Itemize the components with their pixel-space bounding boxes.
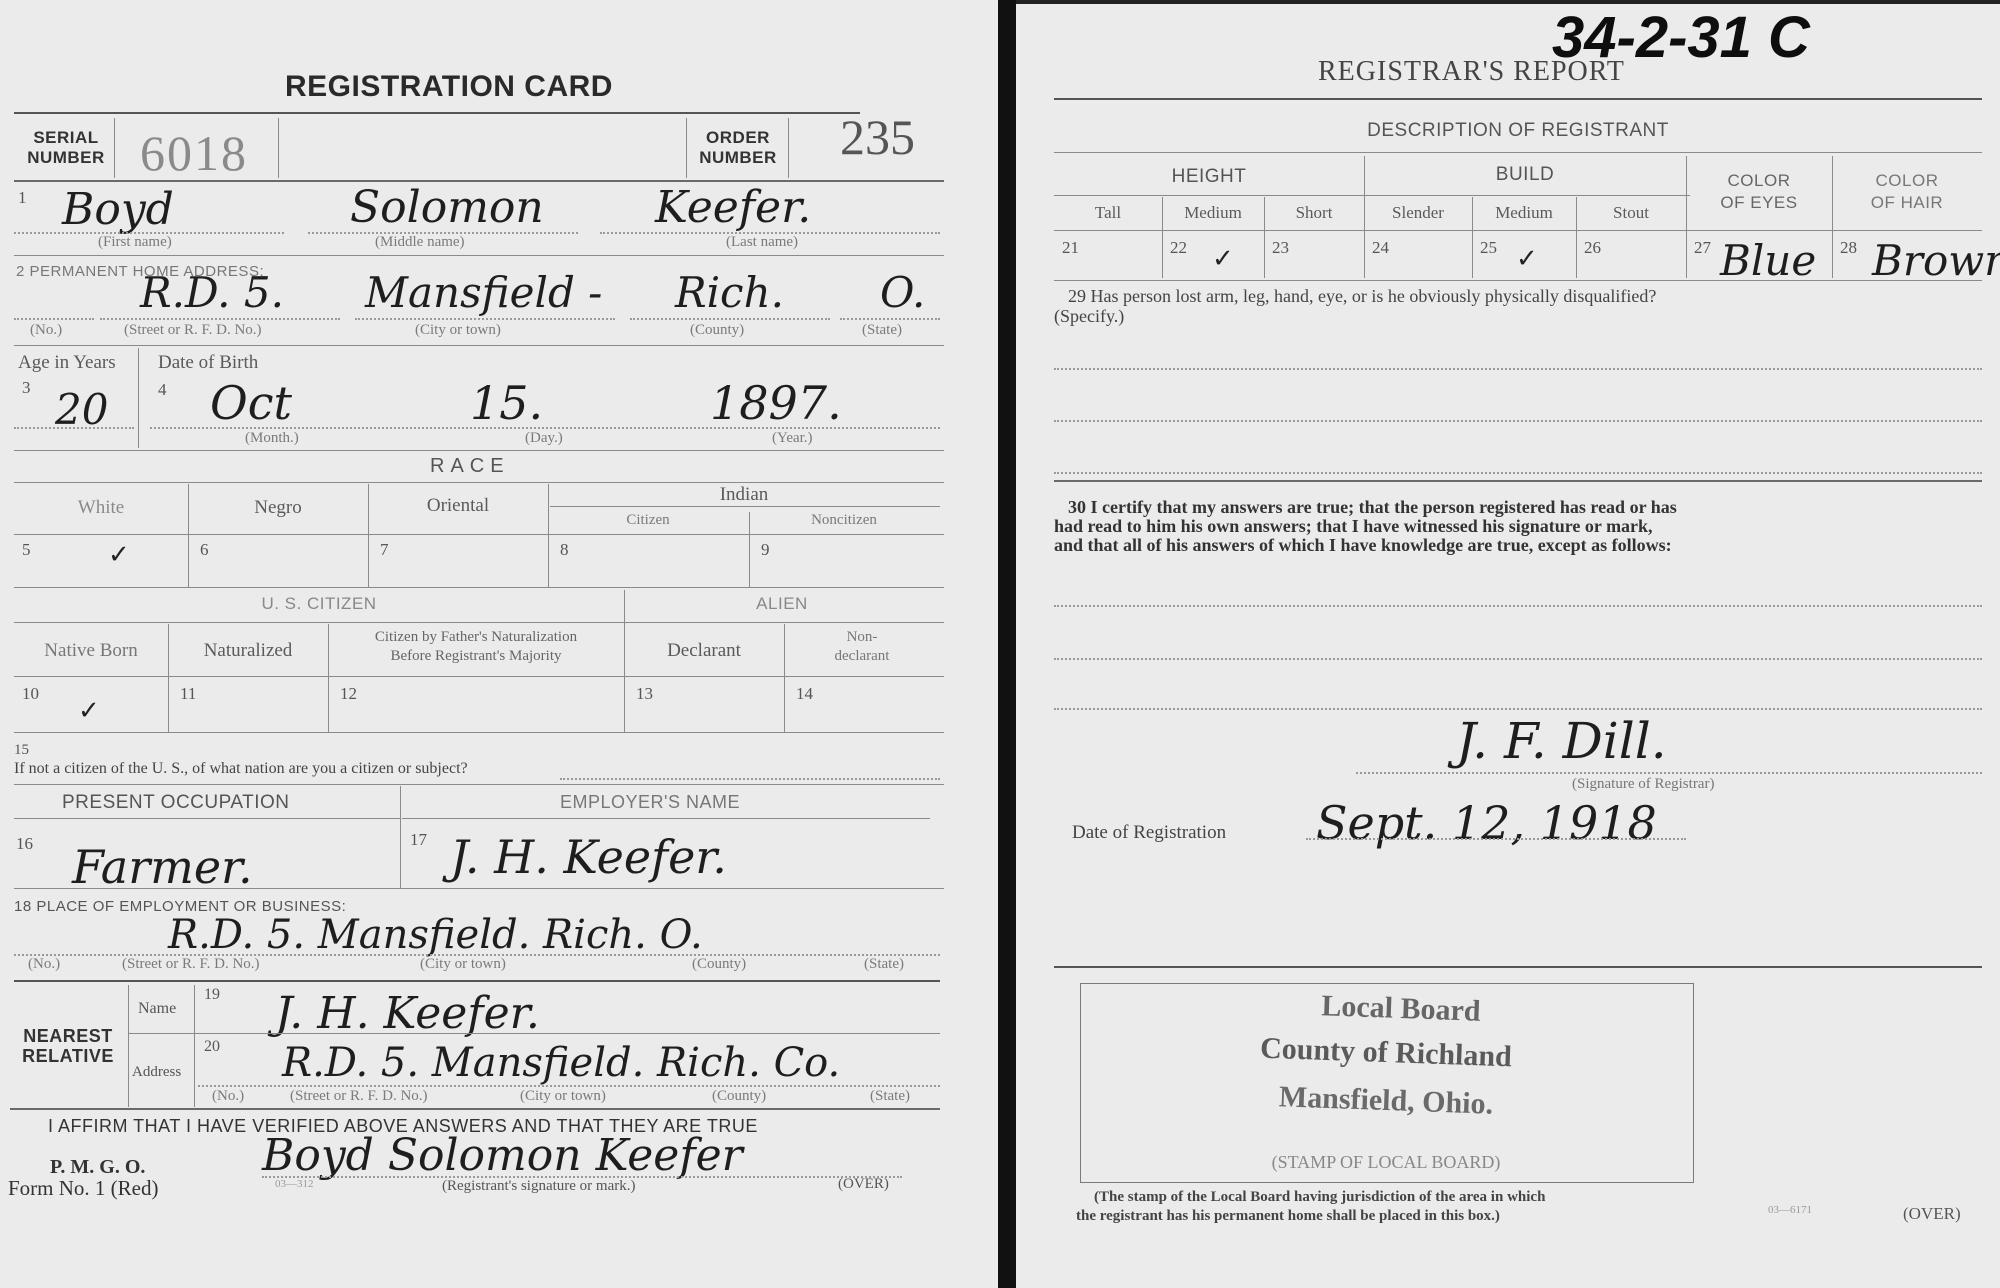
occupation-header: PRESENT OCCUPATION bbox=[62, 792, 290, 814]
registration-card-front: REGISTRATION CARD SERIAL NUMBER 6018 ORD… bbox=[0, 0, 998, 1288]
employer-header: EMPLOYER'S NAME bbox=[560, 792, 740, 813]
divider bbox=[14, 818, 400, 819]
divider bbox=[550, 506, 940, 507]
field-number: 8 bbox=[560, 540, 569, 560]
build-slender-label: Slender bbox=[1364, 203, 1472, 223]
fill-line bbox=[1356, 772, 1982, 774]
place-of-employment-value: R.D. 5. Mansfield. Rich. O. bbox=[168, 912, 703, 958]
fill-line bbox=[1306, 838, 1686, 840]
fill-line bbox=[355, 318, 615, 320]
home-address-state: O. bbox=[880, 268, 925, 317]
divider bbox=[788, 118, 789, 178]
fill-line bbox=[198, 1085, 940, 1087]
dob-day-value: 15. bbox=[470, 376, 543, 430]
declarant-label: Declarant bbox=[624, 640, 784, 662]
divider bbox=[1054, 230, 1982, 231]
field29-specify: (Specify.) bbox=[1054, 306, 1124, 327]
over-label: (OVER) bbox=[838, 1176, 889, 1193]
build-medium-checkmark: ✓ bbox=[1516, 244, 1538, 274]
caption-year: (Year.) bbox=[772, 430, 813, 447]
description-header: DESCRIPTION OF REGISTRANT bbox=[1054, 120, 1982, 142]
caption-no: (No.) bbox=[28, 956, 60, 973]
field30-text: 30 I certify that my answers are true; t… bbox=[1054, 498, 1677, 555]
fill-line bbox=[14, 427, 134, 429]
divider bbox=[128, 1033, 940, 1034]
race-indian-citizen-label: Citizen bbox=[548, 512, 748, 529]
field-number: 23 bbox=[1272, 238, 1289, 258]
fill-line bbox=[630, 318, 830, 320]
print-code: 03—6171 bbox=[1768, 1204, 1812, 1216]
caption-day: (Day.) bbox=[525, 430, 563, 447]
nondeclarant-label: Non- declarant bbox=[784, 628, 940, 666]
print-code: 03—312 bbox=[275, 1178, 314, 1190]
card-title: REGISTRATION CARD bbox=[285, 70, 613, 104]
eye-color-header: COLOR OF EYES bbox=[1686, 170, 1832, 214]
field-number: 3 bbox=[22, 378, 31, 398]
fill-line bbox=[1054, 708, 1982, 710]
field-number: 4 bbox=[158, 380, 167, 400]
caption-county: (County) bbox=[690, 322, 744, 339]
dob-label: Date of Birth bbox=[158, 352, 258, 374]
registration-card-back: 34-2-31 C REGISTRAR'S REPORT DESCRIPTION… bbox=[1016, 0, 2000, 1288]
hair-color-header: COLOR OF HAIR bbox=[1832, 170, 1982, 214]
order-number-value: 235 bbox=[840, 108, 915, 166]
citizen-by-father-label: Citizen by Father's Naturalization Befor… bbox=[328, 628, 624, 666]
caption-street: (Street or R. F. D. No.) bbox=[124, 322, 262, 339]
field-number: 16 bbox=[16, 834, 33, 854]
field-number: 10 bbox=[22, 684, 39, 704]
hair-color-value: Brown bbox=[1872, 236, 2000, 285]
caption-no: (No.) bbox=[212, 1088, 244, 1105]
divider bbox=[278, 118, 279, 178]
field-number: 13 bbox=[636, 684, 653, 704]
us-citizen-header: U. S. CITIZEN bbox=[14, 594, 624, 614]
field-number: 11 bbox=[180, 684, 196, 704]
height-tall-label: Tall bbox=[1054, 203, 1162, 223]
divider bbox=[14, 450, 944, 451]
field-number: 15 bbox=[14, 742, 29, 759]
registrar-report-title: REGISTRAR'S REPORT bbox=[1318, 56, 1625, 88]
divider bbox=[14, 980, 940, 982]
divider bbox=[114, 118, 115, 178]
relative-name-label: Name bbox=[138, 1000, 176, 1018]
divider bbox=[400, 786, 401, 888]
stamp-line-2: County of Richland bbox=[1080, 1025, 1693, 1080]
divider bbox=[1054, 966, 1982, 968]
field-number: 24 bbox=[1372, 238, 1389, 258]
fill-line bbox=[1054, 658, 1982, 660]
fill-line bbox=[1054, 605, 1982, 607]
order-number-label: ORDER NUMBER bbox=[690, 128, 786, 168]
height-medium-label: Medium bbox=[1162, 203, 1264, 223]
fill-line bbox=[100, 318, 340, 320]
fill-line bbox=[1054, 472, 1982, 474]
race-indian-label: Indian bbox=[548, 484, 940, 506]
registrant-signature: Boyd Solomon Keefer bbox=[262, 1130, 743, 1181]
race-white-label: White bbox=[14, 497, 188, 519]
divider bbox=[14, 534, 944, 535]
race-negro-label: Negro bbox=[188, 497, 368, 519]
fill-line bbox=[1054, 368, 1982, 370]
divider bbox=[194, 985, 195, 1107]
relative-address-label: Address bbox=[132, 1064, 181, 1081]
race-oriental-label: Oriental bbox=[368, 495, 548, 517]
caption-city: (City or town) bbox=[415, 322, 501, 339]
height-header: HEIGHT bbox=[1054, 166, 1364, 188]
divider bbox=[14, 622, 944, 623]
dob-month-value: Oct bbox=[210, 376, 292, 430]
caption-county: (County) bbox=[712, 1088, 766, 1105]
fill-line bbox=[840, 318, 940, 320]
race-header: RACE bbox=[430, 455, 510, 478]
employer-name-value: J. H. Keefer. bbox=[450, 830, 727, 884]
divider bbox=[1054, 480, 1982, 482]
caption-no: (No.) bbox=[30, 322, 62, 339]
race-indian-noncitizen-label: Noncitizen bbox=[749, 512, 939, 529]
field-number: 22 bbox=[1170, 238, 1187, 258]
field-number: 7 bbox=[380, 540, 389, 560]
build-stout-label: Stout bbox=[1576, 203, 1686, 223]
field-number: 12 bbox=[340, 684, 357, 704]
caption-state: (State) bbox=[864, 956, 904, 973]
caption-county: (County) bbox=[692, 956, 746, 973]
caption-city: (City or town) bbox=[420, 956, 506, 973]
home-address-rfd: R.D. 5. bbox=[140, 268, 284, 317]
divider bbox=[14, 676, 944, 677]
field-number: 20 bbox=[204, 1038, 220, 1056]
field-number: 19 bbox=[204, 986, 220, 1004]
race-white-checkmark: ✓ bbox=[108, 540, 130, 570]
occupation-value: Farmer. bbox=[72, 840, 253, 894]
divider bbox=[1054, 195, 1690, 196]
fill-line bbox=[1054, 420, 1982, 422]
divider bbox=[1054, 152, 1982, 153]
first-name-value: Boyd bbox=[62, 184, 174, 235]
middle-name-value: Solomon bbox=[350, 182, 544, 233]
divider bbox=[1054, 98, 1982, 100]
native-born-label: Native Born bbox=[14, 640, 168, 662]
fill-line bbox=[14, 318, 94, 320]
home-address-city: Mansfield - bbox=[365, 268, 602, 317]
divider bbox=[402, 818, 930, 819]
height-short-label: Short bbox=[1264, 203, 1364, 223]
home-address-county: Rich. bbox=[675, 268, 784, 317]
serial-number-value: 6018 bbox=[140, 124, 248, 182]
nearest-relative-label: NEAREST RELATIVE bbox=[10, 1026, 126, 1066]
divider bbox=[14, 255, 944, 256]
naturalized-label: Naturalized bbox=[168, 640, 328, 662]
form-number-label: Form No. 1 (Red) bbox=[8, 1176, 159, 1201]
relative-name-value: J. H. Keefer. bbox=[275, 988, 540, 1039]
serial-number-label: SERIAL NUMBER bbox=[16, 128, 116, 168]
first-name-caption: (First name) bbox=[98, 234, 172, 251]
last-name-value: Keefer. bbox=[655, 182, 811, 233]
over-label: (OVER) bbox=[1903, 1204, 1961, 1224]
field-number: 5 bbox=[22, 540, 31, 560]
field15-label: If not a citizen of the U. S., of what n… bbox=[14, 760, 468, 778]
fill-line bbox=[560, 778, 940, 780]
relative-address-value: R.D. 5. Mansfield. Rich. Co. bbox=[282, 1040, 840, 1086]
caption-street: (Street or R. F. D. No.) bbox=[290, 1088, 428, 1105]
stamp-footnote: (The stamp of the Local Board having jur… bbox=[1076, 1188, 1545, 1226]
registrar-signature-caption: (Signature of Registrar) bbox=[1572, 776, 1714, 793]
divider bbox=[10, 1108, 940, 1110]
signature-caption: (Registrant's signature or mark.) bbox=[442, 1178, 635, 1195]
divider bbox=[14, 888, 944, 889]
field-number: 21 bbox=[1062, 238, 1079, 258]
age-label: Age in Years bbox=[18, 352, 116, 374]
field-number: 27 bbox=[1694, 238, 1711, 258]
field-number: 28 bbox=[1840, 238, 1857, 258]
native-born-checkmark: ✓ bbox=[78, 696, 100, 726]
dob-year-value: 1897. bbox=[710, 376, 842, 430]
caption-state: (State) bbox=[862, 322, 902, 339]
divider bbox=[14, 482, 944, 483]
field-number: 9 bbox=[761, 540, 770, 560]
top-edge bbox=[1016, 0, 2000, 4]
divider bbox=[128, 985, 129, 1107]
field-number: 25 bbox=[1480, 238, 1497, 258]
fill-line bbox=[150, 427, 940, 429]
date-of-registration-value: Sept. 12, 1918 bbox=[1316, 796, 1657, 850]
last-name-caption: (Last name) bbox=[726, 234, 798, 251]
field-number: 17 bbox=[410, 830, 427, 850]
middle-name-caption: (Middle name) bbox=[375, 234, 465, 251]
build-header: BUILD bbox=[1364, 164, 1686, 186]
divider bbox=[138, 348, 139, 448]
divider bbox=[14, 784, 944, 785]
height-medium-checkmark: ✓ bbox=[1212, 244, 1234, 274]
field29-label: 29 Has person lost arm, leg, hand, eye, … bbox=[1068, 286, 1656, 307]
divider bbox=[686, 118, 687, 178]
date-of-registration-label: Date of Registration bbox=[1072, 822, 1226, 844]
caption-street: (Street or R. F. D. No.) bbox=[122, 956, 260, 973]
stamp-caption: (STAMP OF LOCAL BOARD) bbox=[1080, 1152, 1692, 1173]
caption-month: (Month.) bbox=[245, 430, 299, 447]
divider bbox=[1054, 280, 1982, 281]
field-number: 1 bbox=[18, 188, 27, 208]
divider bbox=[14, 345, 944, 346]
caption-city: (City or town) bbox=[520, 1088, 606, 1105]
divider bbox=[14, 732, 944, 733]
alien-header: ALIEN bbox=[624, 594, 940, 614]
registrar-signature: J. F. Dill. bbox=[1456, 712, 1667, 770]
caption-state: (State) bbox=[870, 1088, 910, 1105]
divider bbox=[14, 112, 860, 114]
field-number: 14 bbox=[796, 684, 813, 704]
build-medium-label: Medium bbox=[1472, 203, 1576, 223]
local-board-stamp: Local Board County of Richland Mansfield… bbox=[1080, 992, 1692, 1118]
field-number: 6 bbox=[200, 540, 209, 560]
divider bbox=[14, 587, 944, 588]
eye-color-value: Blue bbox=[1720, 236, 1816, 285]
field-number: 26 bbox=[1584, 238, 1601, 258]
